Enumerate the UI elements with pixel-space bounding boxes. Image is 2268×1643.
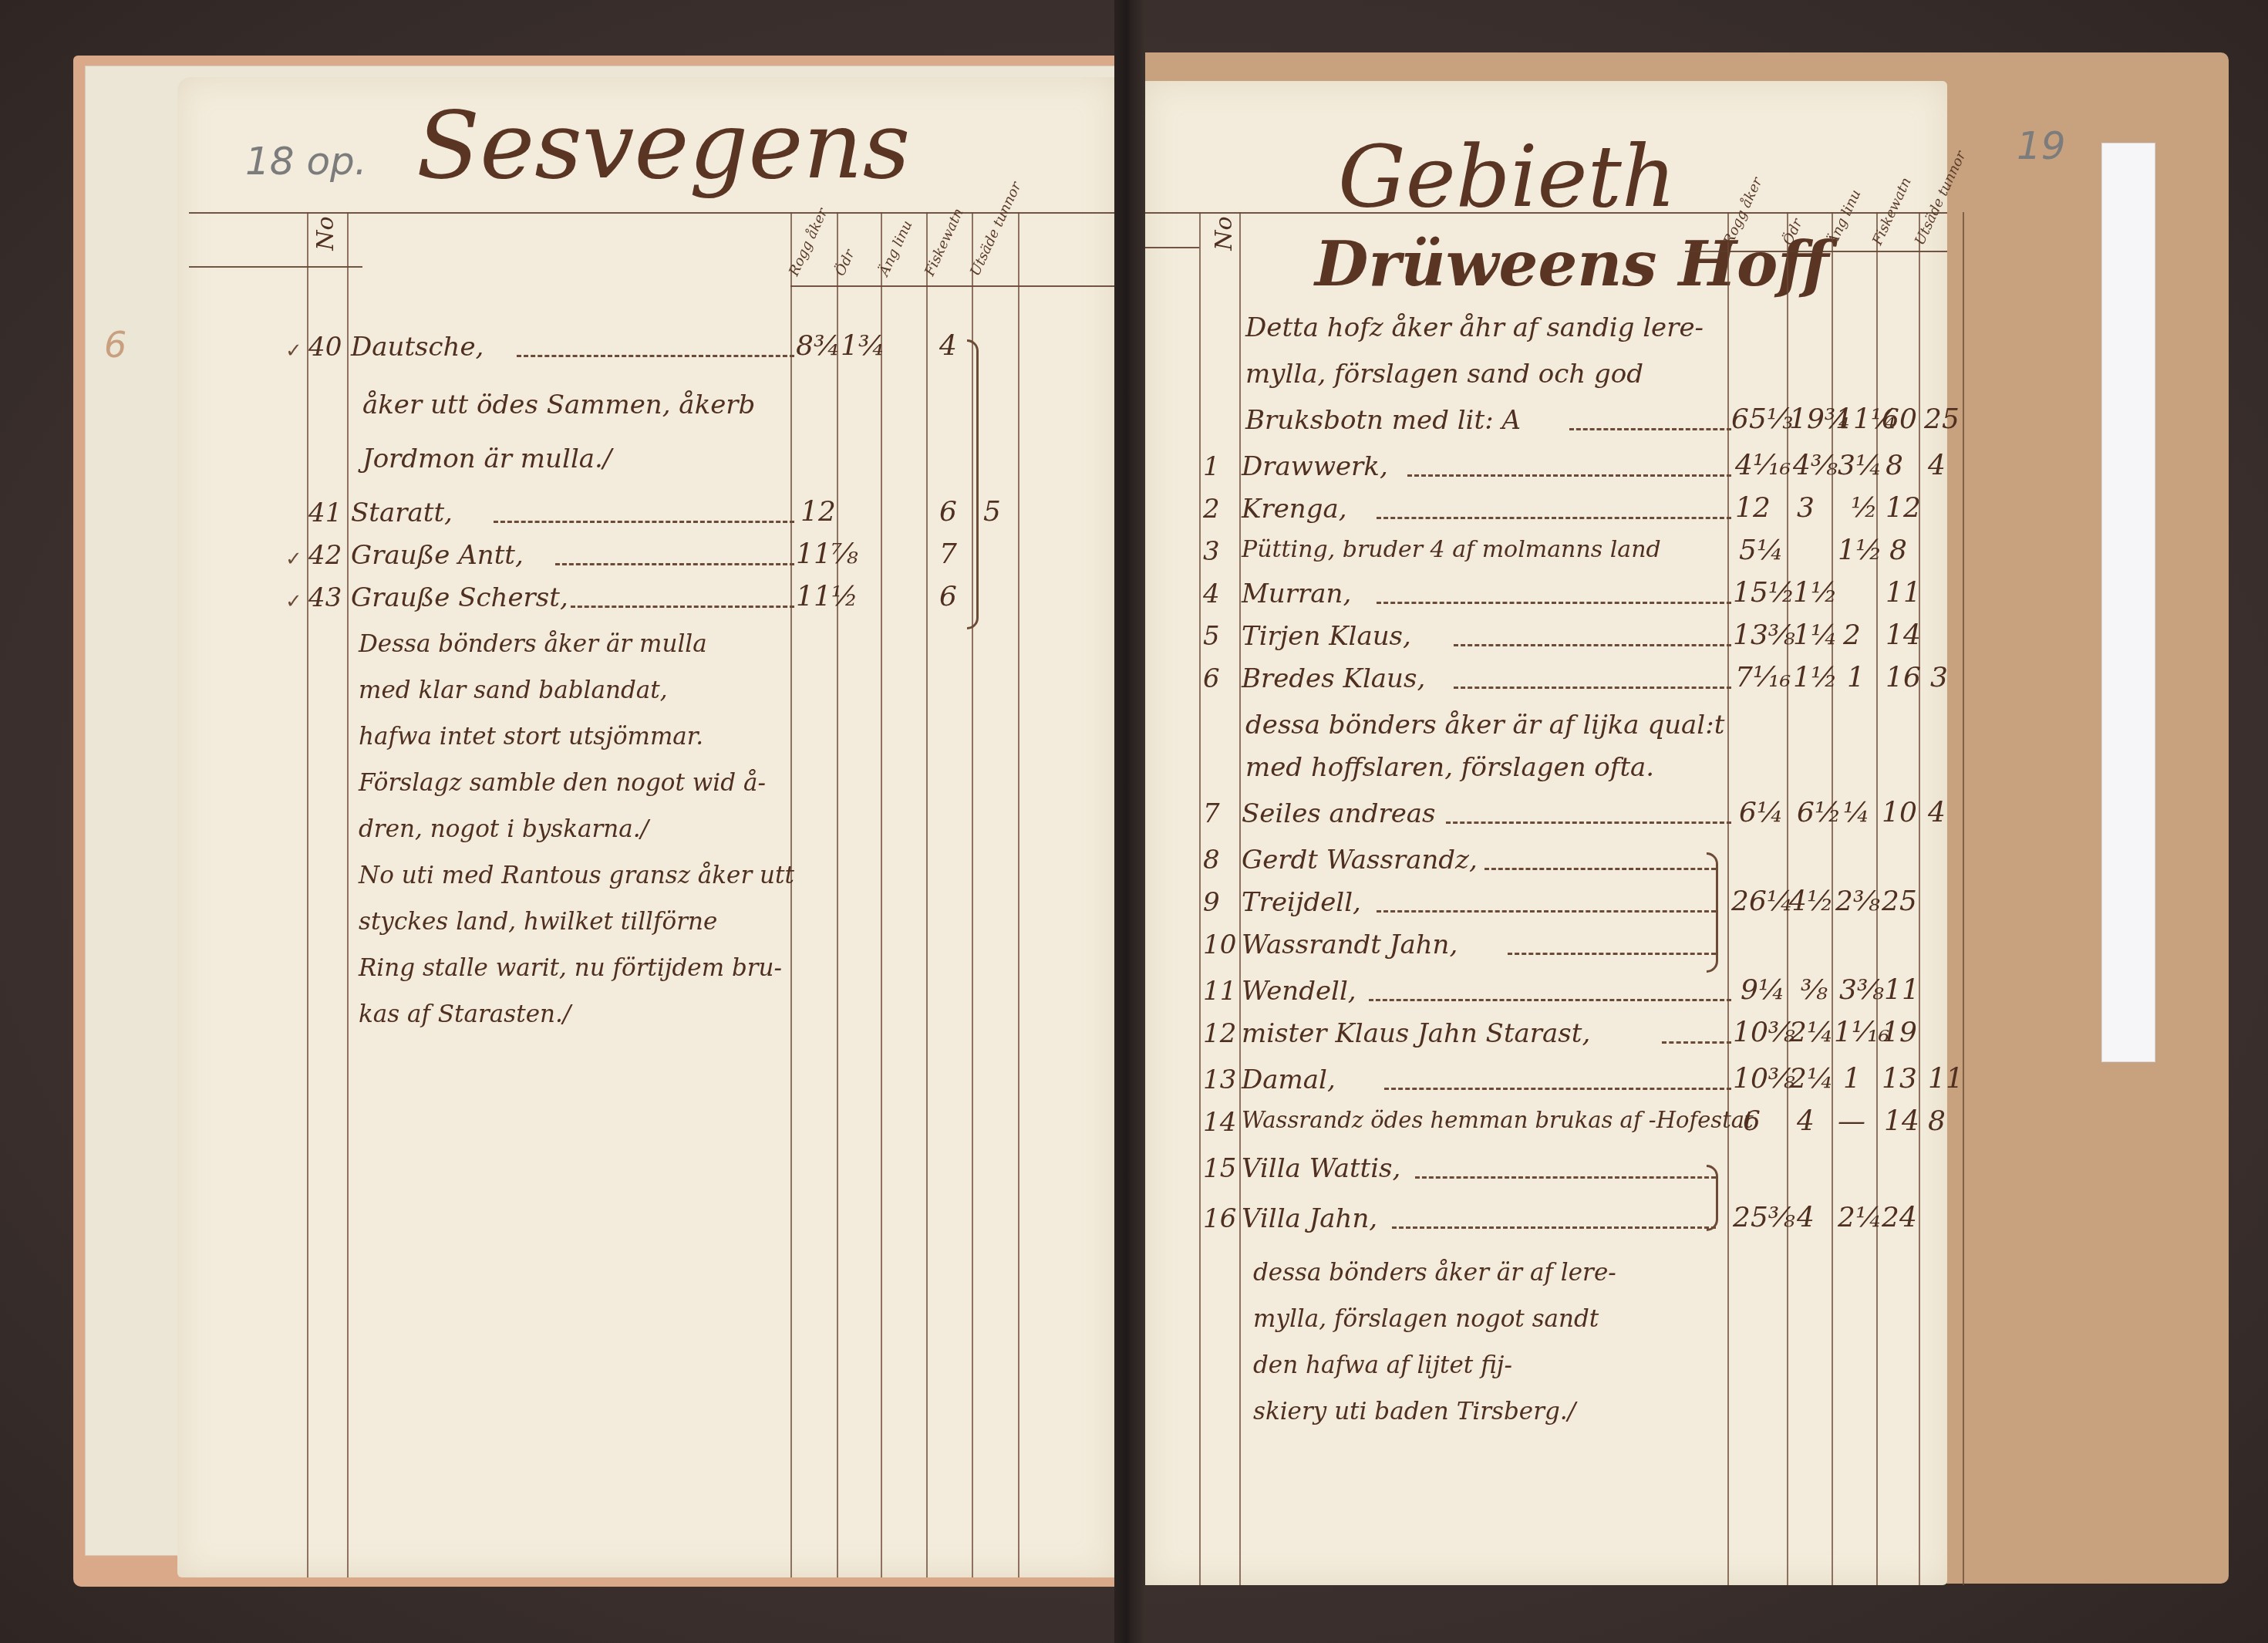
value-ang: 2⅜ bbox=[1835, 886, 1880, 917]
value-rogg: 6 bbox=[1743, 1105, 1761, 1137]
row-name: Wassrandz ödes hemman brukas af -Hofesta… bbox=[1242, 1107, 1754, 1133]
table-row: 6 Bredes Klaus, 7¹⁄₁₆ 1½ 1 16 3 bbox=[1145, 663, 1963, 702]
row-number: 5 bbox=[1203, 621, 1220, 652]
value-rogg: 10⅜ bbox=[1733, 1063, 1795, 1095]
value-ang: 1 bbox=[1843, 1063, 1861, 1095]
value-ang: 1½ bbox=[1838, 535, 1882, 566]
leader-dashes bbox=[1384, 1088, 1731, 1090]
value-rogg: 15½ bbox=[1733, 577, 1795, 609]
value-rogg: 11½ bbox=[796, 581, 858, 612]
value-utsade: 4 bbox=[1928, 450, 1946, 481]
note-line: kas af Starasten./ bbox=[359, 991, 794, 1037]
leader-dashes bbox=[1484, 868, 1716, 870]
leader-dashes bbox=[1569, 428, 1731, 430]
col-rule bbox=[881, 212, 882, 1577]
row-number: 41 bbox=[308, 498, 342, 528]
note-line: mylla, förslagen nogot sandt bbox=[1253, 1296, 1616, 1342]
leader-dashes bbox=[1392, 1226, 1716, 1229]
value-rogg: 10⅜ bbox=[1733, 1017, 1795, 1048]
row-name: Gerdt Wassrandz, bbox=[1242, 845, 1478, 875]
note-line: Ring stalle warit, nu förtijdem bru- bbox=[359, 945, 794, 991]
table-row: 10 Wassrandt Jahn, bbox=[1145, 929, 1963, 968]
book-spine bbox=[1114, 0, 1145, 1643]
value-odr: 4 bbox=[1797, 1202, 1815, 1233]
value-fiske: 4 bbox=[939, 330, 957, 362]
value-utsade: 25 bbox=[1924, 403, 1960, 435]
note-paragraph-right: dessa bönders åker är af lere- mylla, fö… bbox=[1253, 1250, 1616, 1435]
col-rule bbox=[347, 212, 349, 1577]
row-name: Pütting, bruder 4 af molmanns land bbox=[1242, 536, 1661, 563]
folio-number-right: 19 bbox=[2017, 123, 2066, 168]
value-rogg: 26¼ bbox=[1731, 886, 1794, 917]
row-number: 6 bbox=[1203, 663, 1220, 694]
row-number: 42 bbox=[308, 540, 342, 571]
leader-dashes bbox=[1446, 821, 1731, 824]
table-row: 7 Seiles andreas 6¼ 6½ ¼ 10 4 bbox=[1145, 798, 1963, 837]
row-number: 8 bbox=[1203, 845, 1220, 875]
leader-dashes bbox=[1377, 910, 1716, 913]
value-ang: ½ bbox=[1851, 492, 1878, 524]
row-number: 43 bbox=[308, 582, 342, 613]
leader-dashes bbox=[1377, 517, 1731, 519]
left-page: 18 op. 6 Sesvegens No Rogg åker Ödr Äng … bbox=[177, 77, 1114, 1577]
value-fiske: 7 bbox=[939, 538, 957, 570]
row-note: Jordmon är mulla./ bbox=[362, 444, 612, 474]
value-rogg: 4¹⁄₁₆ bbox=[1735, 450, 1791, 481]
row-number: 9 bbox=[1203, 887, 1220, 918]
value-fiske: 12 bbox=[1886, 492, 1921, 524]
no-column-header: No bbox=[1211, 216, 1238, 250]
page-heading-left: Sesvegens bbox=[416, 93, 910, 200]
value-odr: 2¼ bbox=[1789, 1063, 1834, 1095]
col-header-rogg-aker: Rogg åker bbox=[786, 206, 831, 278]
col-rule bbox=[1963, 212, 1964, 1585]
leader-dashes bbox=[1454, 644, 1731, 646]
value-rogg: 5¼ bbox=[1739, 535, 1784, 566]
bracket bbox=[1707, 1165, 1718, 1231]
value-fiske: 14 bbox=[1884, 1105, 1919, 1137]
leader-dashes bbox=[1407, 474, 1731, 477]
note-line: den hafwa af lijtet fij- bbox=[1253, 1342, 1616, 1388]
value-ang: — bbox=[1838, 1105, 1865, 1137]
value-fiske: 13 bbox=[1882, 1063, 1917, 1095]
value-fiske: 11 bbox=[1884, 974, 1919, 1006]
value-odr: 1½ bbox=[1793, 577, 1838, 609]
col-header-utsade: Utsäde tunnor bbox=[967, 180, 1025, 278]
table-row: 3 Pütting, bruder 4 af molmanns land 5¼ … bbox=[1145, 536, 1963, 575]
row-number: 10 bbox=[1203, 929, 1236, 960]
table-row: 16 Villa Jahn, 25⅜ 4 2¼ 24 bbox=[1145, 1203, 1963, 1242]
header-top-rule bbox=[189, 212, 1114, 214]
value-rogg: 12 bbox=[800, 496, 836, 528]
check-mark: ✓ bbox=[285, 590, 302, 613]
row-name: Staratt, bbox=[351, 498, 453, 528]
value-ang: 2¼ bbox=[1838, 1202, 1882, 1233]
row-name: Treijdell, bbox=[1242, 887, 1361, 918]
value-odr: 1½ bbox=[1793, 662, 1838, 693]
value-fiske: 6 bbox=[939, 496, 957, 528]
no-column-header: No bbox=[312, 216, 339, 250]
bracket bbox=[967, 339, 979, 629]
value-odr: 4½ bbox=[1789, 886, 1834, 917]
table-row: 8 Gerdt Wassrandz, bbox=[1145, 845, 1963, 883]
value-rogg: 8¾ bbox=[796, 330, 841, 362]
leader-dashes bbox=[494, 521, 794, 523]
value-odr: 4 bbox=[1797, 1105, 1815, 1137]
paper-slip-marker bbox=[2101, 143, 2155, 1062]
note-line: No uti med Rantous gransz åker utt bbox=[359, 852, 794, 899]
value-fiske: 16 bbox=[1886, 662, 1921, 693]
value-utsade: 4 bbox=[1928, 797, 1946, 828]
value-fiske: 6 bbox=[939, 581, 957, 612]
value-odr: 2¼ bbox=[1789, 1017, 1834, 1048]
leader-dashes bbox=[1454, 687, 1731, 689]
header-bottom-rule bbox=[790, 285, 1114, 287]
col-header-fiskewatn: Fiskewatn bbox=[1869, 175, 1915, 248]
table-row: 5 Tirjen Klaus, 13⅜ 1¼ 2 14 bbox=[1145, 621, 1963, 660]
note-line: Förslagz samble den nogot wid å- bbox=[359, 760, 794, 806]
value-rogg: 6¼ bbox=[1739, 797, 1784, 828]
row-name: Seiles andreas bbox=[1242, 798, 1436, 829]
row-name: Wassrandt Jahn, bbox=[1242, 929, 1458, 960]
col-header-fiskewatn: Fiskewatn bbox=[922, 206, 967, 278]
value-odr: 1¾ bbox=[841, 330, 885, 362]
leader-dashes bbox=[1508, 953, 1716, 955]
leader-dashes bbox=[555, 563, 794, 565]
row-name: Tirjen Klaus, bbox=[1242, 621, 1411, 652]
col-rule bbox=[1018, 212, 1019, 1577]
value-odr: 1¼ bbox=[1793, 619, 1838, 651]
value-utsade: 8 bbox=[1928, 1105, 1946, 1137]
value-utsade: 3 bbox=[1930, 662, 1948, 693]
value-utsade: 11 bbox=[1928, 1063, 1963, 1095]
note-line: styckes land, hwilket tillförne bbox=[359, 899, 794, 945]
table-row: 12 mister Klaus Jahn Starast, 10⅜ 2¼ 1¹⁄… bbox=[1145, 1018, 1963, 1057]
row-name: Villa Wattis, bbox=[1242, 1153, 1400, 1184]
note-line: med klar sand bablandat, bbox=[359, 667, 794, 714]
value-fiske: 14 bbox=[1886, 619, 1921, 651]
row-number: 14 bbox=[1203, 1107, 1236, 1138]
table-row: 2 Krenga, 12 3 ½ 12 bbox=[1145, 494, 1963, 532]
row-number: 4 bbox=[1203, 579, 1220, 609]
value-rogg: 12 bbox=[1735, 492, 1771, 524]
value-rogg: 7¹⁄₁₆ bbox=[1735, 662, 1791, 693]
row-name: Dautsche, bbox=[351, 332, 484, 363]
table-row: 13 Damal, 10⅜ 2¼ 1 13 11 bbox=[1145, 1064, 1963, 1103]
row-number: 12 bbox=[1203, 1018, 1236, 1049]
value-fiske: 8 bbox=[1889, 535, 1907, 566]
margin-mark: 6 bbox=[104, 324, 126, 366]
row-number: 3 bbox=[1203, 536, 1220, 567]
folio-number-left: 18 op. bbox=[245, 139, 367, 184]
row-number: 1 bbox=[1203, 451, 1220, 482]
header-no-rule bbox=[189, 266, 362, 268]
row-note: åker utt ödes Sammen, åkerb bbox=[362, 390, 755, 420]
row-note: med hoffslaren, förslagen ofta. bbox=[1245, 752, 1654, 783]
row-number: 16 bbox=[1203, 1203, 1236, 1234]
note-line: hafwa intet stort utsjömmar. bbox=[359, 714, 794, 760]
value-rogg: 25⅜ bbox=[1733, 1202, 1795, 1233]
note-line: dren, nogot i byskarna./ bbox=[359, 806, 794, 852]
table-row: 11 Wendell, 9¼ ⅜ 3⅜ 11 bbox=[1145, 976, 1963, 1014]
row-name: Villa Jahn, bbox=[1242, 1203, 1377, 1234]
row-name: Grauße Antt, bbox=[351, 540, 524, 571]
row-number: 13 bbox=[1203, 1064, 1236, 1095]
leader-dashes bbox=[1662, 1041, 1731, 1044]
note-line: skiery uti baden Tirsberg./ bbox=[1253, 1388, 1616, 1435]
value-odr: 6½ bbox=[1797, 797, 1842, 828]
row-name: Damal, bbox=[1242, 1064, 1336, 1095]
header-bottom-rule bbox=[1685, 251, 1947, 252]
value-fiske: 60 bbox=[1882, 403, 1917, 435]
check-mark: ✓ bbox=[285, 548, 302, 571]
value-fiske: 25 bbox=[1882, 886, 1917, 917]
leader-dashes bbox=[1415, 1176, 1716, 1179]
col-rule bbox=[837, 212, 838, 1577]
row-number: 40 bbox=[308, 332, 342, 363]
value-utsade: 5 bbox=[983, 496, 1001, 528]
value-fiske: 19 bbox=[1882, 1017, 1917, 1048]
value-ang: 3¼ bbox=[1838, 450, 1882, 481]
value-ang: 1 bbox=[1847, 662, 1865, 693]
row-name: Drawwerk, bbox=[1242, 451, 1388, 482]
value-fiske: 24 bbox=[1882, 1202, 1917, 1233]
row-number: 7 bbox=[1203, 798, 1220, 829]
value-odr: ⅜ bbox=[1801, 974, 1828, 1006]
value-fiske: 11 bbox=[1886, 577, 1921, 609]
table-row: 1 Drawwerk, 4¹⁄₁₆ 4⅜ 3¼ 8 4 bbox=[1145, 451, 1963, 490]
leader-dashes bbox=[517, 355, 794, 357]
value-odr: 4⅜ bbox=[1793, 450, 1838, 481]
row-name: Murran, bbox=[1242, 579, 1351, 609]
table-row: 15 Villa Wattis, bbox=[1145, 1153, 1963, 1192]
intro-line: Detta hofz åker åhr af sandig lere- bbox=[1245, 312, 1704, 343]
row-name: mister Klaus Jahn Starast, bbox=[1242, 1018, 1590, 1049]
note-paragraph-left: Dessa bönders åker är mulla med klar san… bbox=[359, 621, 794, 1037]
row-name: Bredes Klaus, bbox=[1242, 663, 1425, 694]
value-odr: 3 bbox=[1797, 492, 1815, 524]
intro-line: mylla, förslagen sand och god bbox=[1245, 359, 1643, 390]
leader-dashes bbox=[571, 606, 794, 608]
header-top-rule bbox=[1145, 212, 1947, 214]
leader-dashes bbox=[1377, 602, 1731, 604]
row-number: 15 bbox=[1203, 1153, 1236, 1184]
col-rule bbox=[307, 212, 308, 1577]
row-name: Krenga, bbox=[1242, 494, 1347, 525]
value-rogg: 11⅞ bbox=[796, 538, 858, 570]
value-fiske: 10 bbox=[1882, 797, 1917, 828]
value-rogg: 65⅓ bbox=[1731, 403, 1794, 435]
row-number: 2 bbox=[1203, 494, 1220, 525]
check-mark: ✓ bbox=[285, 339, 302, 363]
table-row: 14 Wassrandz ödes hemman brukas af -Hofe… bbox=[1145, 1107, 1963, 1145]
value-ang: 3⅜ bbox=[1839, 974, 1884, 1006]
right-page: 19 Gebieth Drüweens Hoff No Rogg åker Öd… bbox=[1145, 81, 1947, 1585]
leader-dashes bbox=[1369, 999, 1731, 1001]
value-ang: ¼ bbox=[1843, 797, 1870, 828]
note-line: dessa bönders åker är af lere- bbox=[1253, 1250, 1616, 1296]
value-fiske: 8 bbox=[1886, 450, 1903, 481]
row-number: 11 bbox=[1203, 976, 1236, 1007]
row-name: Grauße Scherst, bbox=[351, 582, 568, 613]
table-row: 9 Treijdell, 26¼ 4½ 2⅜ 25 bbox=[1145, 887, 1963, 926]
col-header-ang: Äng linu bbox=[1825, 187, 1864, 248]
value-rogg: 13⅜ bbox=[1733, 619, 1795, 651]
table-row: 4 Murran, 15½ 1½ 11 bbox=[1145, 579, 1963, 617]
value-rogg: 9¼ bbox=[1741, 974, 1785, 1006]
col-rule bbox=[926, 212, 928, 1577]
intro-line: Bruksbotn med lit: A bbox=[1245, 405, 1521, 436]
estate-name: Drüweens Hoff bbox=[1315, 228, 1829, 300]
value-ang: 2 bbox=[1843, 619, 1861, 651]
header-no-rule bbox=[1145, 247, 1199, 248]
note-line: Dessa bönders åker är mulla bbox=[359, 621, 794, 667]
row-name: Wendell, bbox=[1242, 976, 1356, 1007]
page-heading-right: Gebieth bbox=[1338, 127, 1677, 226]
row-note: dessa bönders åker är af lijka qual:t bbox=[1245, 710, 1724, 741]
